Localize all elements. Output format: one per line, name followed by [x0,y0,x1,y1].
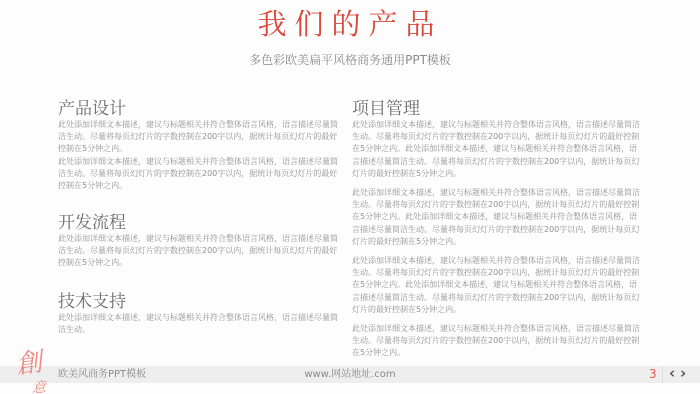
section-paragraph: 此处添加详细文本描述，建议与标题相关并符合整体语言风格，语言描述尽量简洁生动。尽… [352,255,642,316]
page-number: 3 [649,366,657,382]
prev-slide-icon[interactable]: ‹ [669,364,675,382]
section-title: 产品设计 [58,99,340,119]
slide-subtitle: 多色彩欧美扁平风格商务通用PPT模板 [0,53,700,67]
section-paragraph: 此处添加详细文本描述，建议与标题相关并符合整体语言风格，语言描述尽量简洁生动。尽… [352,323,642,360]
section-title: 开发流程 [58,213,340,233]
footer-website[interactable]: www.网站地址.com [0,368,700,381]
footer-divider [662,366,663,383]
section-paragraph: 此处添加详细文本描述，建议与标题相关并符合整体语言风格，语言描述尽量简洁生动。尽… [352,119,642,180]
section-title: 项目管理 [352,99,642,119]
section-dev-process: 开发流程 此处添加详细文本描述，建议与标题相关并符合整体语言风格，语言描述尽量简… [58,213,340,270]
section-title: 技术支持 [58,292,340,312]
section-tech-support: 技术支持 此处添加详细文本描述，建议与标题相关并符合整体语言风格，语言描述尽量简… [58,292,340,336]
section-paragraph: 此处添加详细文本描述，建议与标题相关并符合整体语言风格，语言描述尽量简洁生动。尽… [58,156,340,193]
section-project-management: 项目管理 此处添加详细文本描述，建议与标题相关并符合整体语言风格，语言描述尽量简… [352,99,642,360]
section-product-design: 产品设计 此处添加详细文本描述，建议与标题相关并符合整体语言风格，语言描述尽量简… [58,99,340,192]
next-slide-icon[interactable]: › [680,364,686,382]
svg-text:意: 意 [32,380,48,394]
section-paragraph: 此处添加详细文本描述，建议与标题相关并符合整体语言风格，语言描述尽量简洁生动。尽… [58,119,340,156]
section-paragraph: 此处添加详细文本描述，建议与标题相关并符合整体语言风格，语言描述尽量简洁生动。尽… [58,233,340,270]
section-paragraph: 此处添加详细文本描述，建议与标题相关并符合整体语言风格，语言描述尽量简洁生动。 [58,312,340,336]
slide-title: 我们的产品 [0,6,700,42]
section-paragraph: 此处添加详细文本描述，建议与标题相关并符合整体语言风格，语言描述尽量简洁生动。尽… [352,187,642,248]
